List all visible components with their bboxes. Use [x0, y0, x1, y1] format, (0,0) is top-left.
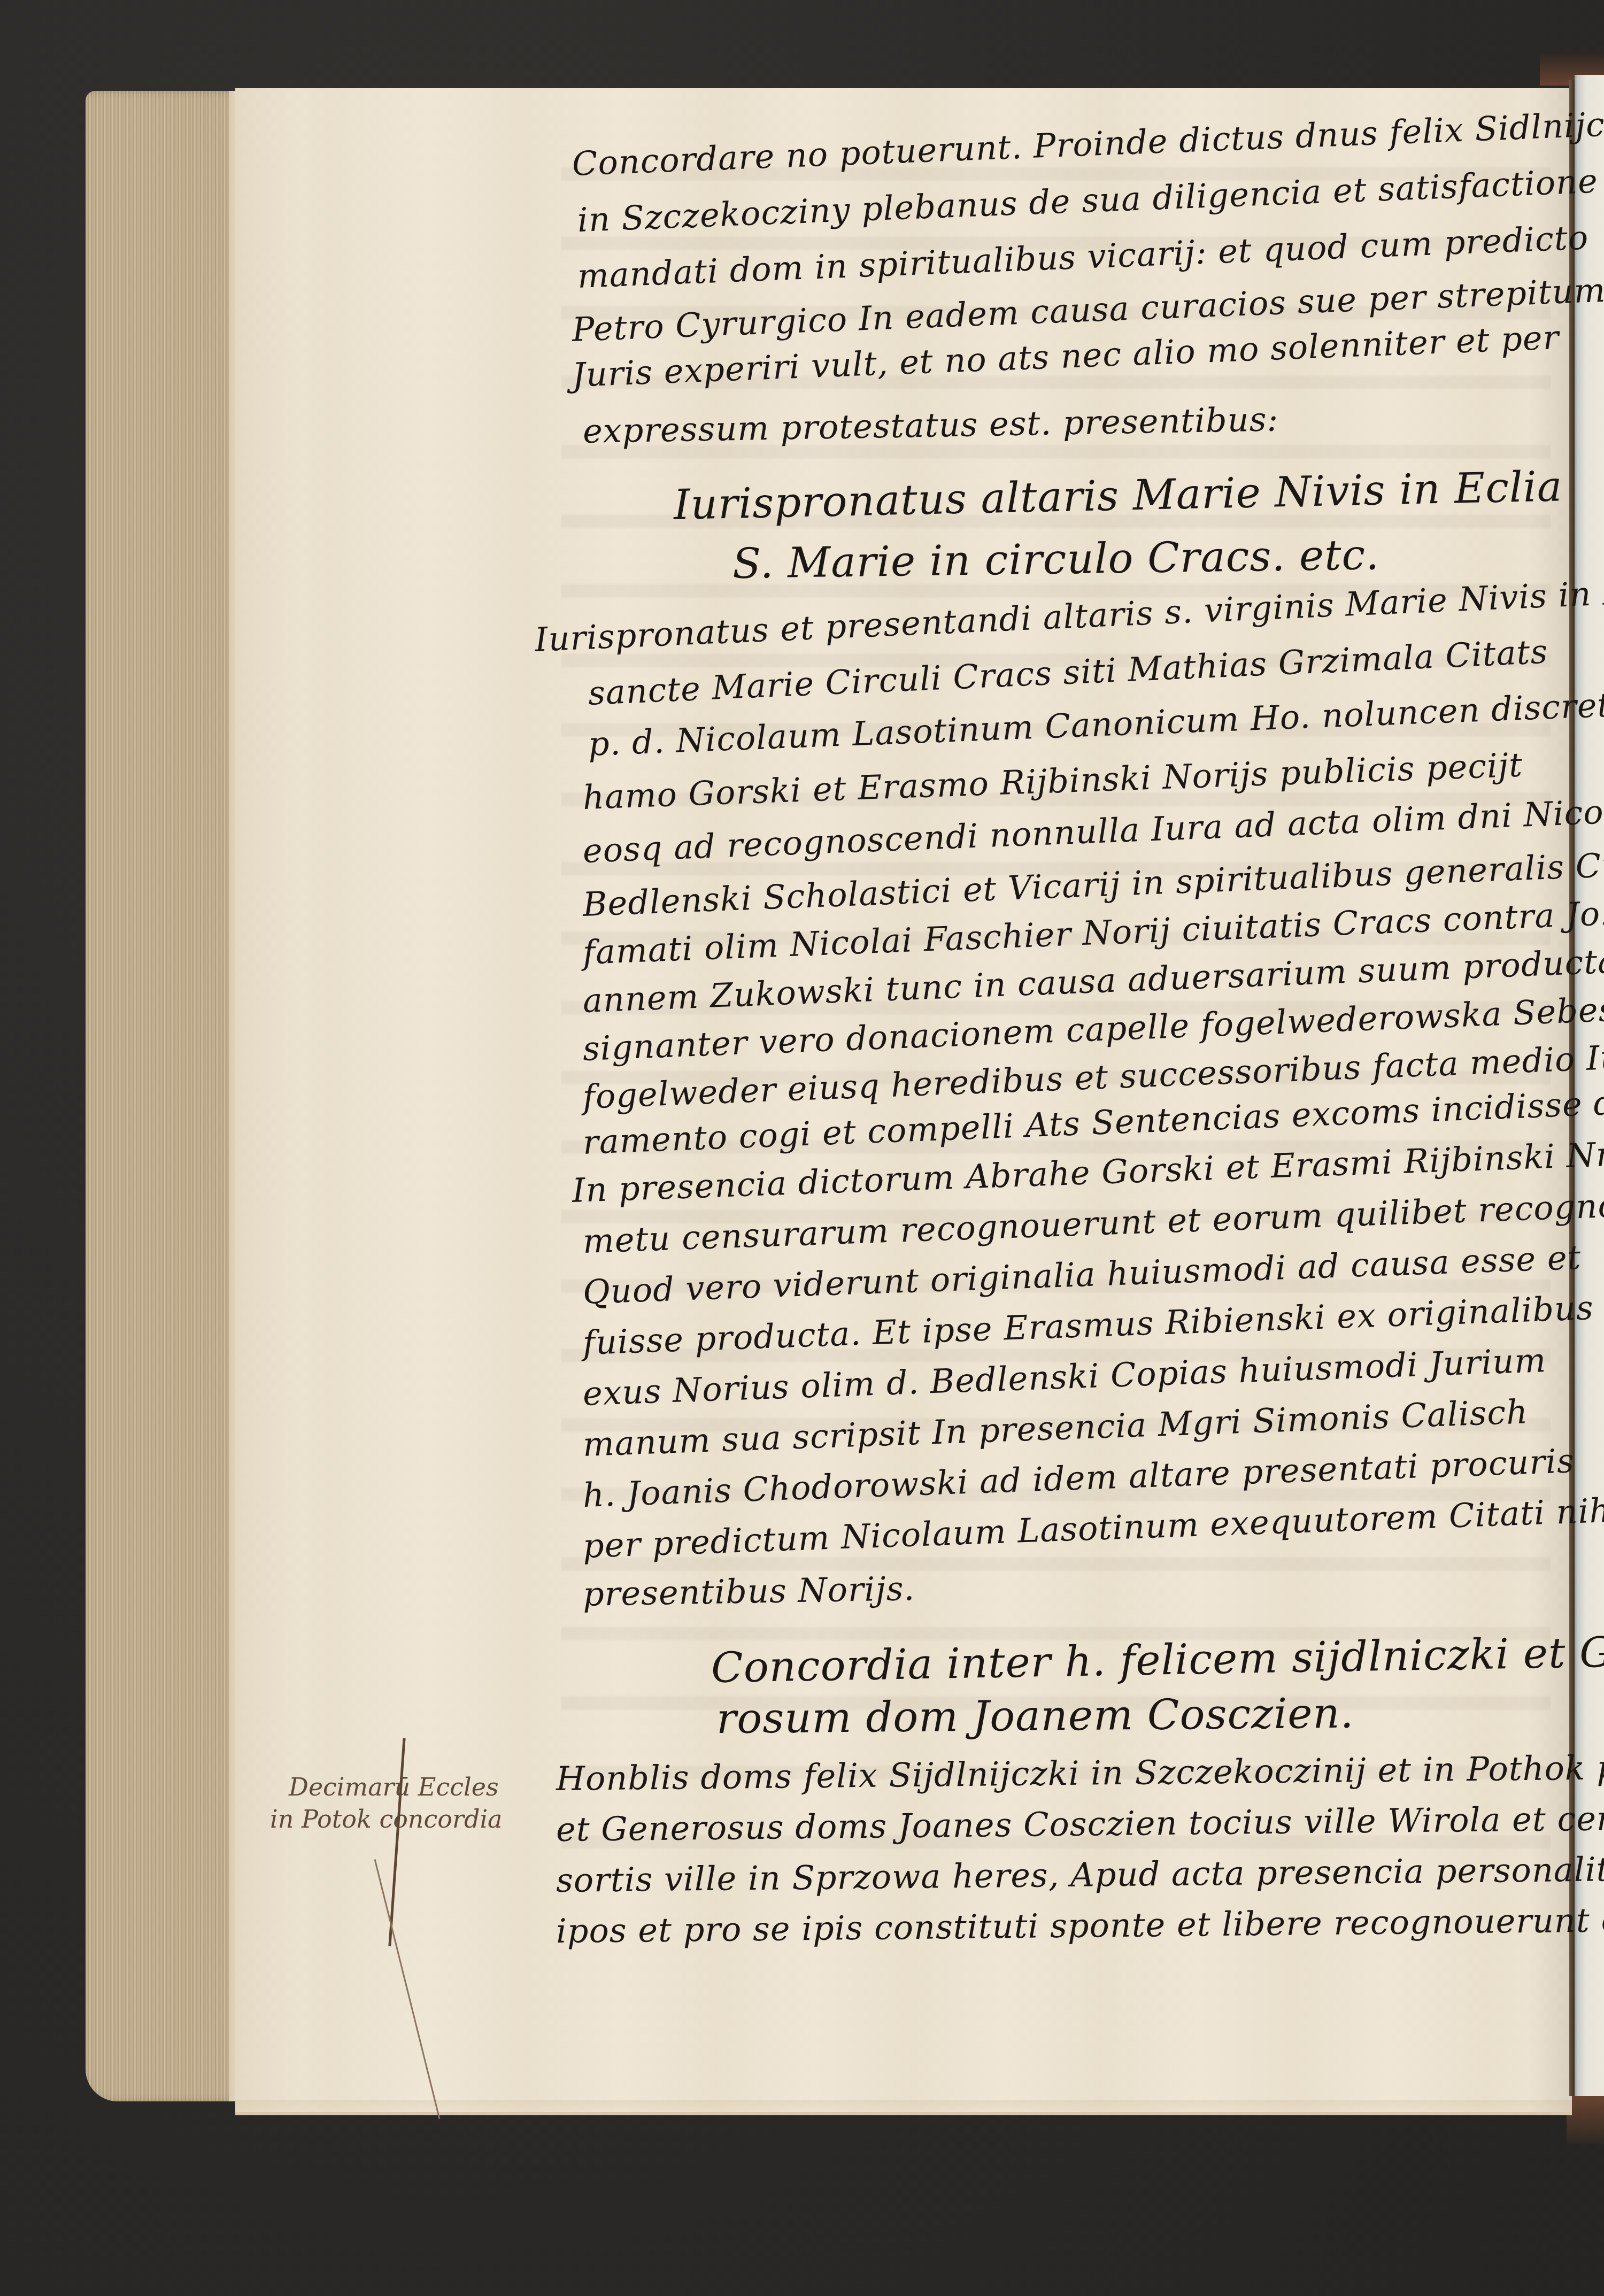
text-line: expressum protestatus est. presentibus:: [582, 399, 1279, 451]
manuscript-text: Concordare no potuerunt. Proinde dictus …: [0, 0, 1604, 2296]
text-line: sortis ville in Sprzowa heres, Apud acta…: [556, 1848, 1604, 1900]
marginal-note: in Potok concordia: [270, 1805, 503, 1833]
marginal-note: Decimarū Eccles: [289, 1773, 499, 1801]
margin-stroke: [388, 1738, 405, 1946]
section-heading: S. Marie in circulo Cracs. etc.: [732, 531, 1379, 588]
text-line: presentibus Norijs.: [582, 1569, 915, 1614]
text-line: Honblis doms felix Sijdlnijczki in Szcze…: [556, 1747, 1604, 1798]
section-heading: Concordia inter h. felicem sijdlniczki e…: [711, 1627, 1604, 1692]
text-line: et Generosus doms Joanes Cosczien tocius…: [556, 1799, 1604, 1849]
section-heading: Iurispronatus altaris Marie Nivis in Ecl…: [673, 463, 1563, 529]
margin-stroke: [374, 1859, 441, 2119]
text-line: ipos et pro se ipis constituti sponte et…: [556, 1899, 1604, 1951]
section-heading: rosum dom Joanem Cosczien.: [716, 1690, 1354, 1743]
